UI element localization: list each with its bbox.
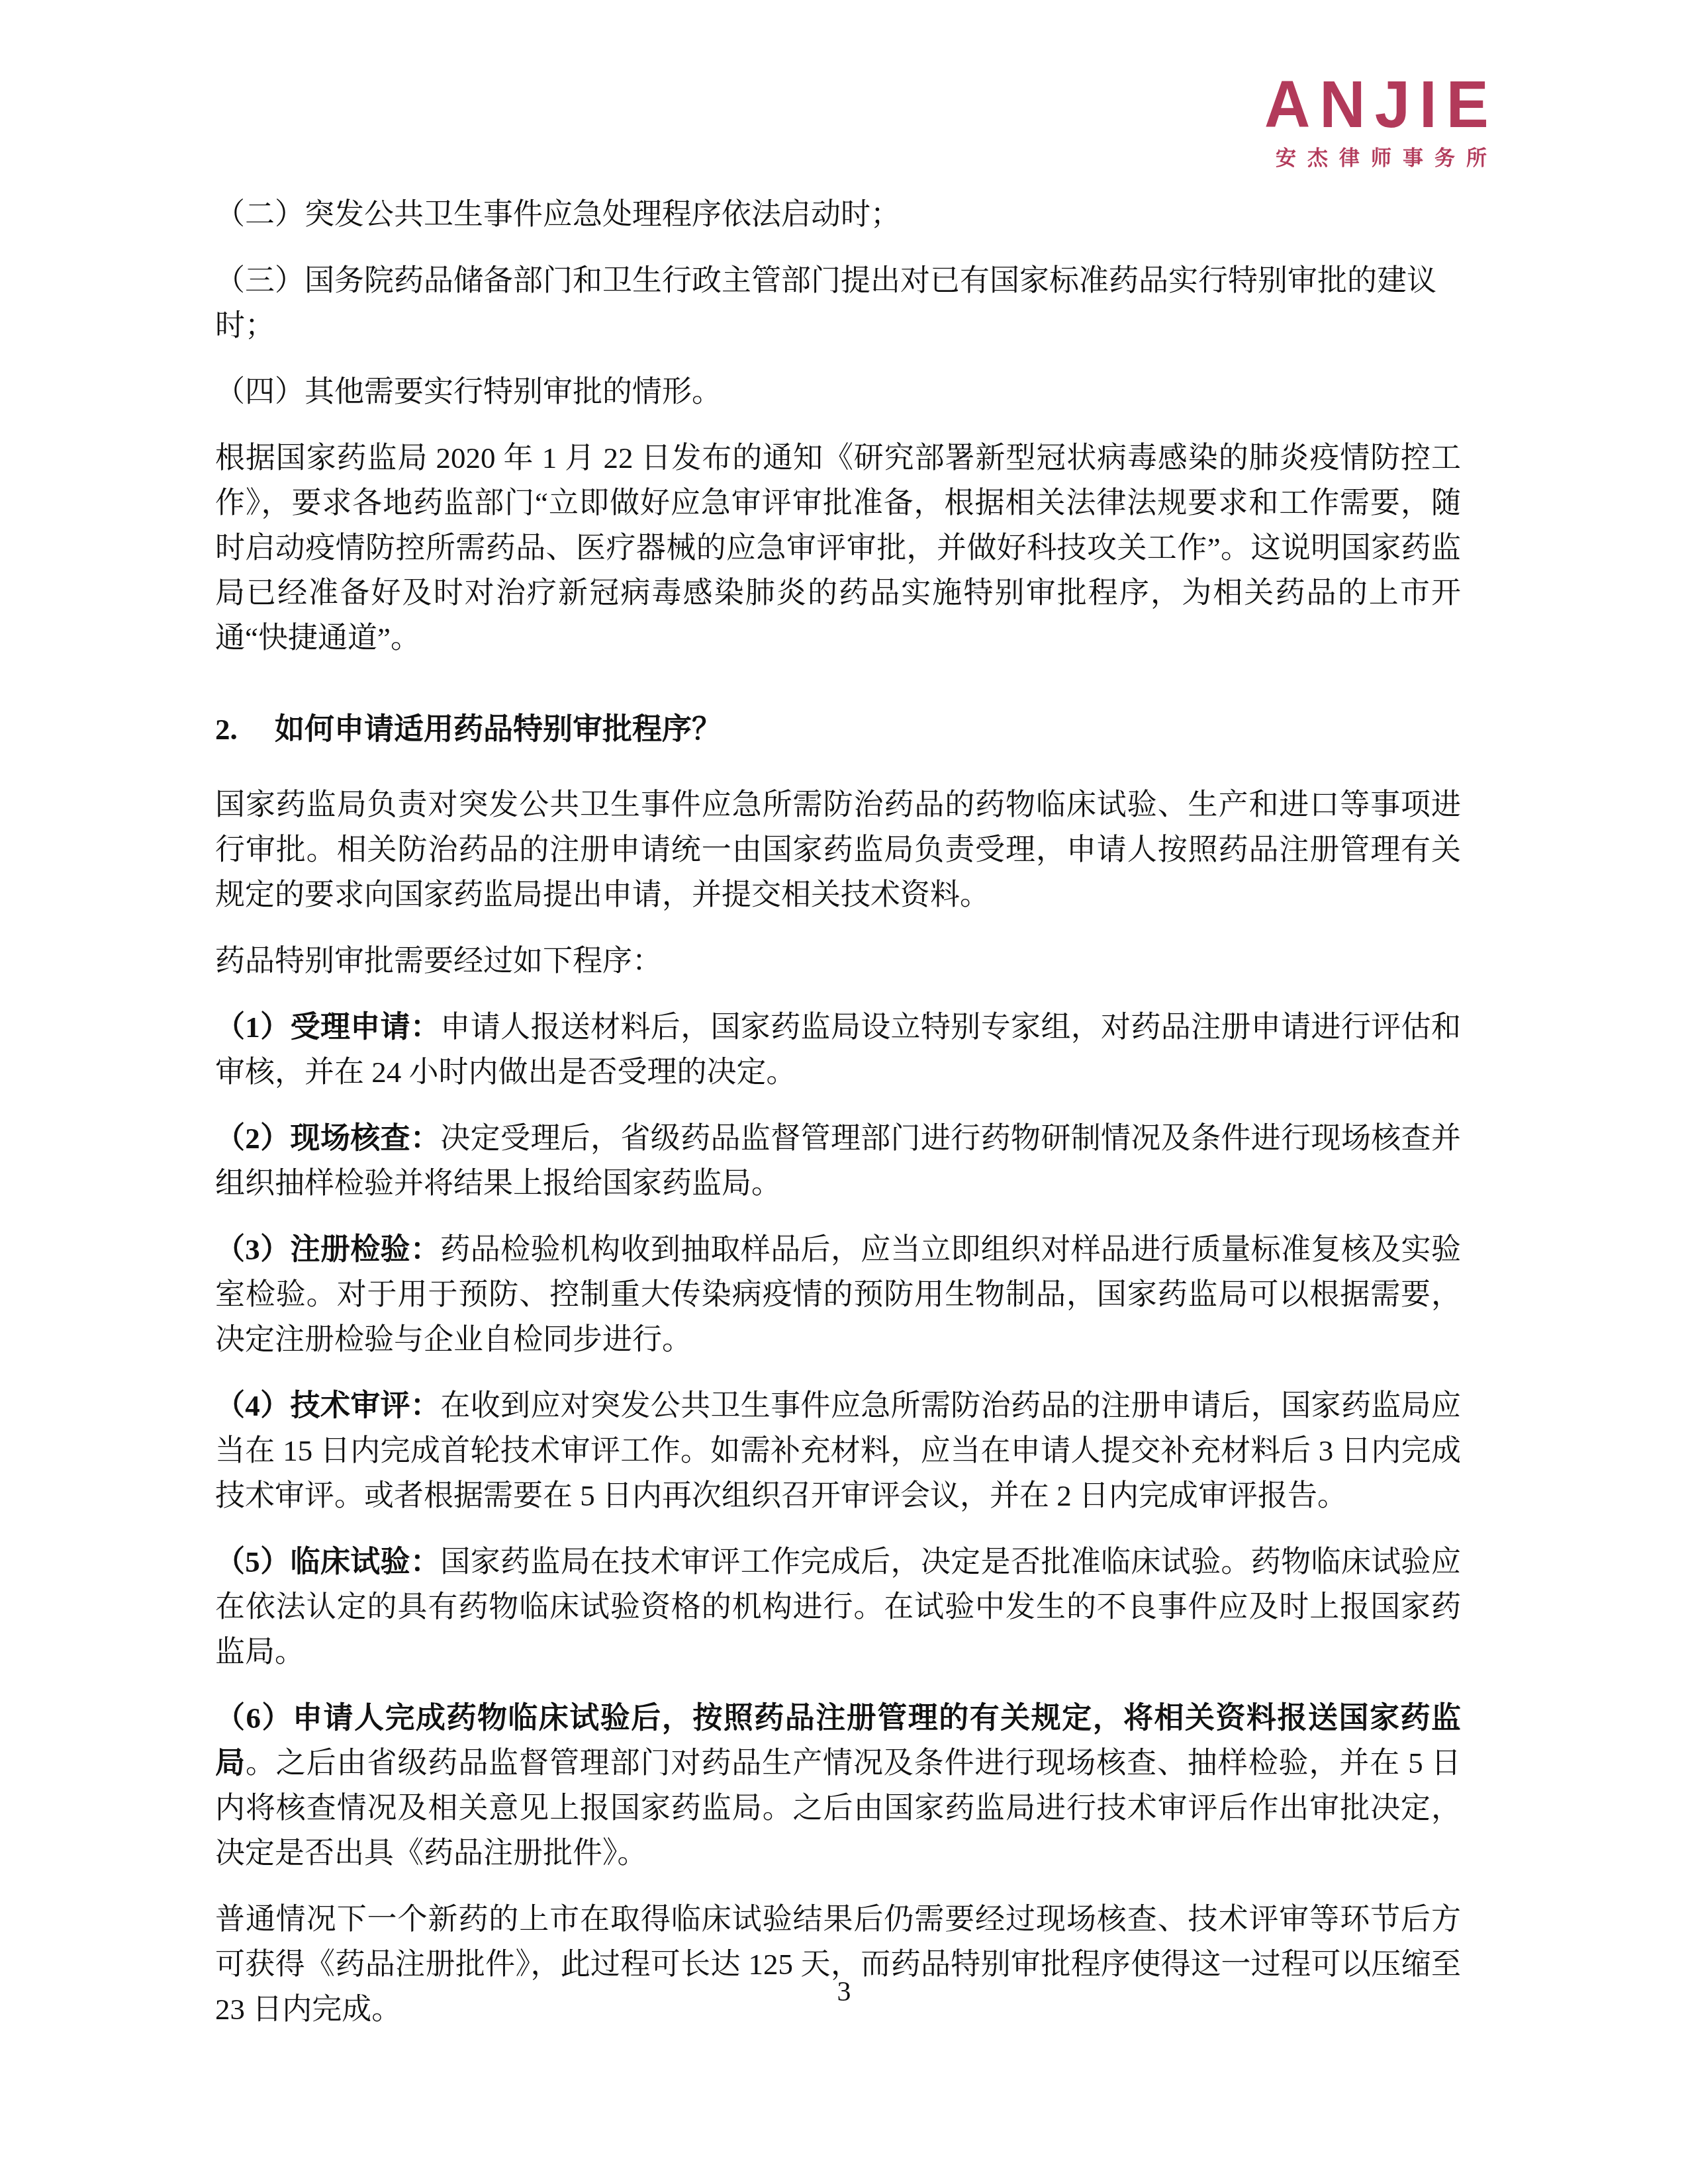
step-paragraph-4: （4）技术审评：在收到应对突发公共卫生事件应急所需防治药品的注册申请后，国家药监… (215, 1383, 1461, 1518)
list-item-2: （二）突发公共卫生事件应急处理程序依法启动时； (215, 192, 1461, 237)
paragraph-overview: 国家药监局负责对突发公共卫生事件应急所需防治药品的药物临床试验、生产和进口等事项… (215, 782, 1461, 917)
step-paragraph-5: （5）临床试验：国家药监局在技术审评工作完成后，决定是否批准临床试验。药物临床试… (215, 1539, 1461, 1674)
section-heading-2: 2.如何申请适用药品特别审批程序？ (215, 707, 1461, 752)
step-paragraph-1: （1）受理申请：申请人报送材料后，国家药监局设立特别专家组，对药品注册申请进行评… (215, 1005, 1461, 1095)
paragraph-nmpa-notice: 根据国家药监局 2020 年 1 月 22 日发布的通知《研究部署新型冠状病毒感… (215, 435, 1461, 660)
document-body: （二）突发公共卫生事件应急处理程序依法启动时； （三）国务院药品储备部门和卫生行… (215, 0, 1461, 2053)
step-label: （5）临床试验： (215, 1545, 440, 1578)
step-label: （1）受理申请： (215, 1011, 440, 1044)
step-label: （3）注册检验： (215, 1233, 440, 1266)
list-item-3: （三）国务院药品储备部门和卫生行政主管部门提出对已有国家标准药品实行特别审批的建… (215, 258, 1461, 348)
paragraph-steps-intro: 药品特别审批需要经过如下程序： (215, 938, 1461, 983)
step-label: （4）技术审评： (215, 1389, 440, 1422)
step-label: （2）现场核查： (215, 1122, 440, 1155)
paragraph-closing: 普通情况下一个新药的上市在取得临床试验结果后仍需要经过现场核查、技术评审等环节后… (215, 1897, 1461, 2032)
step-paragraph-3: （3）注册检验：药品检验机构收到抽取样品后，应当立即组织对样品进行质量标准复核及… (215, 1227, 1461, 1362)
section-title: 如何申请适用药品特别审批程序？ (275, 713, 722, 746)
step-paragraph-6: （6）申请人完成药物临床试验后，按照药品注册管理的有关规定，将相关资料报送国家药… (215, 1696, 1461, 1876)
list-item-4: （四）其他需要实行特别审批的情形。 (215, 369, 1461, 414)
page-number: 3 (0, 1976, 1688, 2009)
section-number: 2. (215, 707, 275, 752)
step-text: 。之后由省级药品监督管理部门对药品生产情况及条件进行现场核查、抽样检验，并在 5… (215, 1747, 1461, 1870)
document-page: ANJIE 安杰律师事务所 （二）突发公共卫生事件应急处理程序依法启动时； （三… (0, 0, 1688, 2184)
step-paragraph-2: （2）现场核查：决定受理后，省级药品监督管理部门进行药物研制情况及条件进行现场核… (215, 1116, 1461, 1206)
